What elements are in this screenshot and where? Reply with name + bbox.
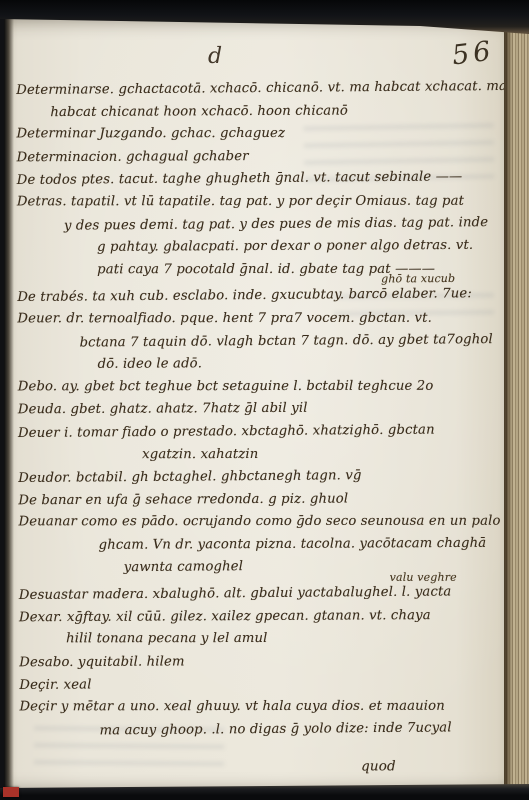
manuscript-line: dō. ideo le adō. (18, 352, 500, 377)
manuscript-line: Desuastar madera. xbalughō. alt. gbalui … (19, 581, 501, 608)
manuscript-line: ma acuy ghoop. .l. no digas ḡ yolo dize:… (19, 717, 501, 744)
red-bookmark-mark (3, 787, 19, 797)
manuscript-line: Deuda. gbet. ghatz. ahatz. 7hatz ḡl abil… (18, 397, 500, 422)
gutter-shadow (4, 18, 14, 790)
manuscript-line: Deuer i. tomar fiado o prestado. xbctagh… (18, 419, 500, 446)
manuscript-line: De banar en ufa ḡ sehace rredonda. g piz… (18, 487, 500, 512)
manuscript-line: Determinar Juzgando. gchac. gchaguez (16, 123, 498, 146)
manuscript-line: Detras. tapatil. vt lū tapatile. tag pat… (17, 191, 499, 214)
book-fore-edge (504, 16, 529, 790)
manuscript-line: Deçir. xeal (19, 671, 501, 698)
manuscript-line: Deuer. dr. ternoalfiado. pque. hent 7 pr… (17, 308, 499, 331)
manuscript-line: pati caya 7 pocotald ḡnal. id. gbate tag… (17, 258, 499, 281)
manuscript-page: d 56 Determinarse. gchactacotā. xchacō. … (4, 18, 506, 790)
section-letter: d (208, 44, 222, 69)
manuscript-line: Deudor. bctabil. gh bctaghel. ghbctanegh… (18, 464, 500, 491)
manuscript-line: bctana 7 taquin dō. vlagh bctan 7 tagn. … (17, 329, 499, 356)
catchword: quod (20, 755, 502, 780)
manuscript-line: Dexar. xḡftay. xil cūū. gilez. xailez gp… (19, 604, 501, 629)
manuscript-text: Determinarse. gchactacotā. xchacō. chica… (16, 77, 502, 780)
manuscript-line: habcat chicanat hoon xchacō. hoon chican… (16, 99, 498, 124)
manuscript-scan: d 56 Determinarse. gchactacotā. xchacō. … (0, 0, 529, 800)
manuscript-line: De todos ptes. tacut. taghe ghugheth ḡna… (17, 166, 499, 193)
manuscript-line: Deçir y mētar a uno. xeal ghuuy. vt hala… (19, 696, 501, 719)
manuscript-line: Debo. ay. gbet bct teghue bct setaguine … (18, 375, 500, 398)
manuscript-line: hilil tonana pecana y lel amul (19, 628, 501, 651)
manuscript-line: y des pues demi. tag pat. y des pues de … (17, 212, 499, 239)
folio-number: 56 (450, 36, 496, 72)
manuscript-line: g pahtay. gbalacpati. por dexar o poner … (17, 235, 499, 260)
manuscript-line: De trabés. ta xuh cub. esclabo. inde. gx… (17, 283, 499, 310)
manuscript-line: Determinarse. gchactacotā. xchacō. chica… (16, 76, 498, 103)
manuscript-line: xgatzin. xahatzin (18, 443, 500, 466)
manuscript-line: Deuanar como es pādo. ocrujando como ḡdo… (18, 511, 500, 534)
